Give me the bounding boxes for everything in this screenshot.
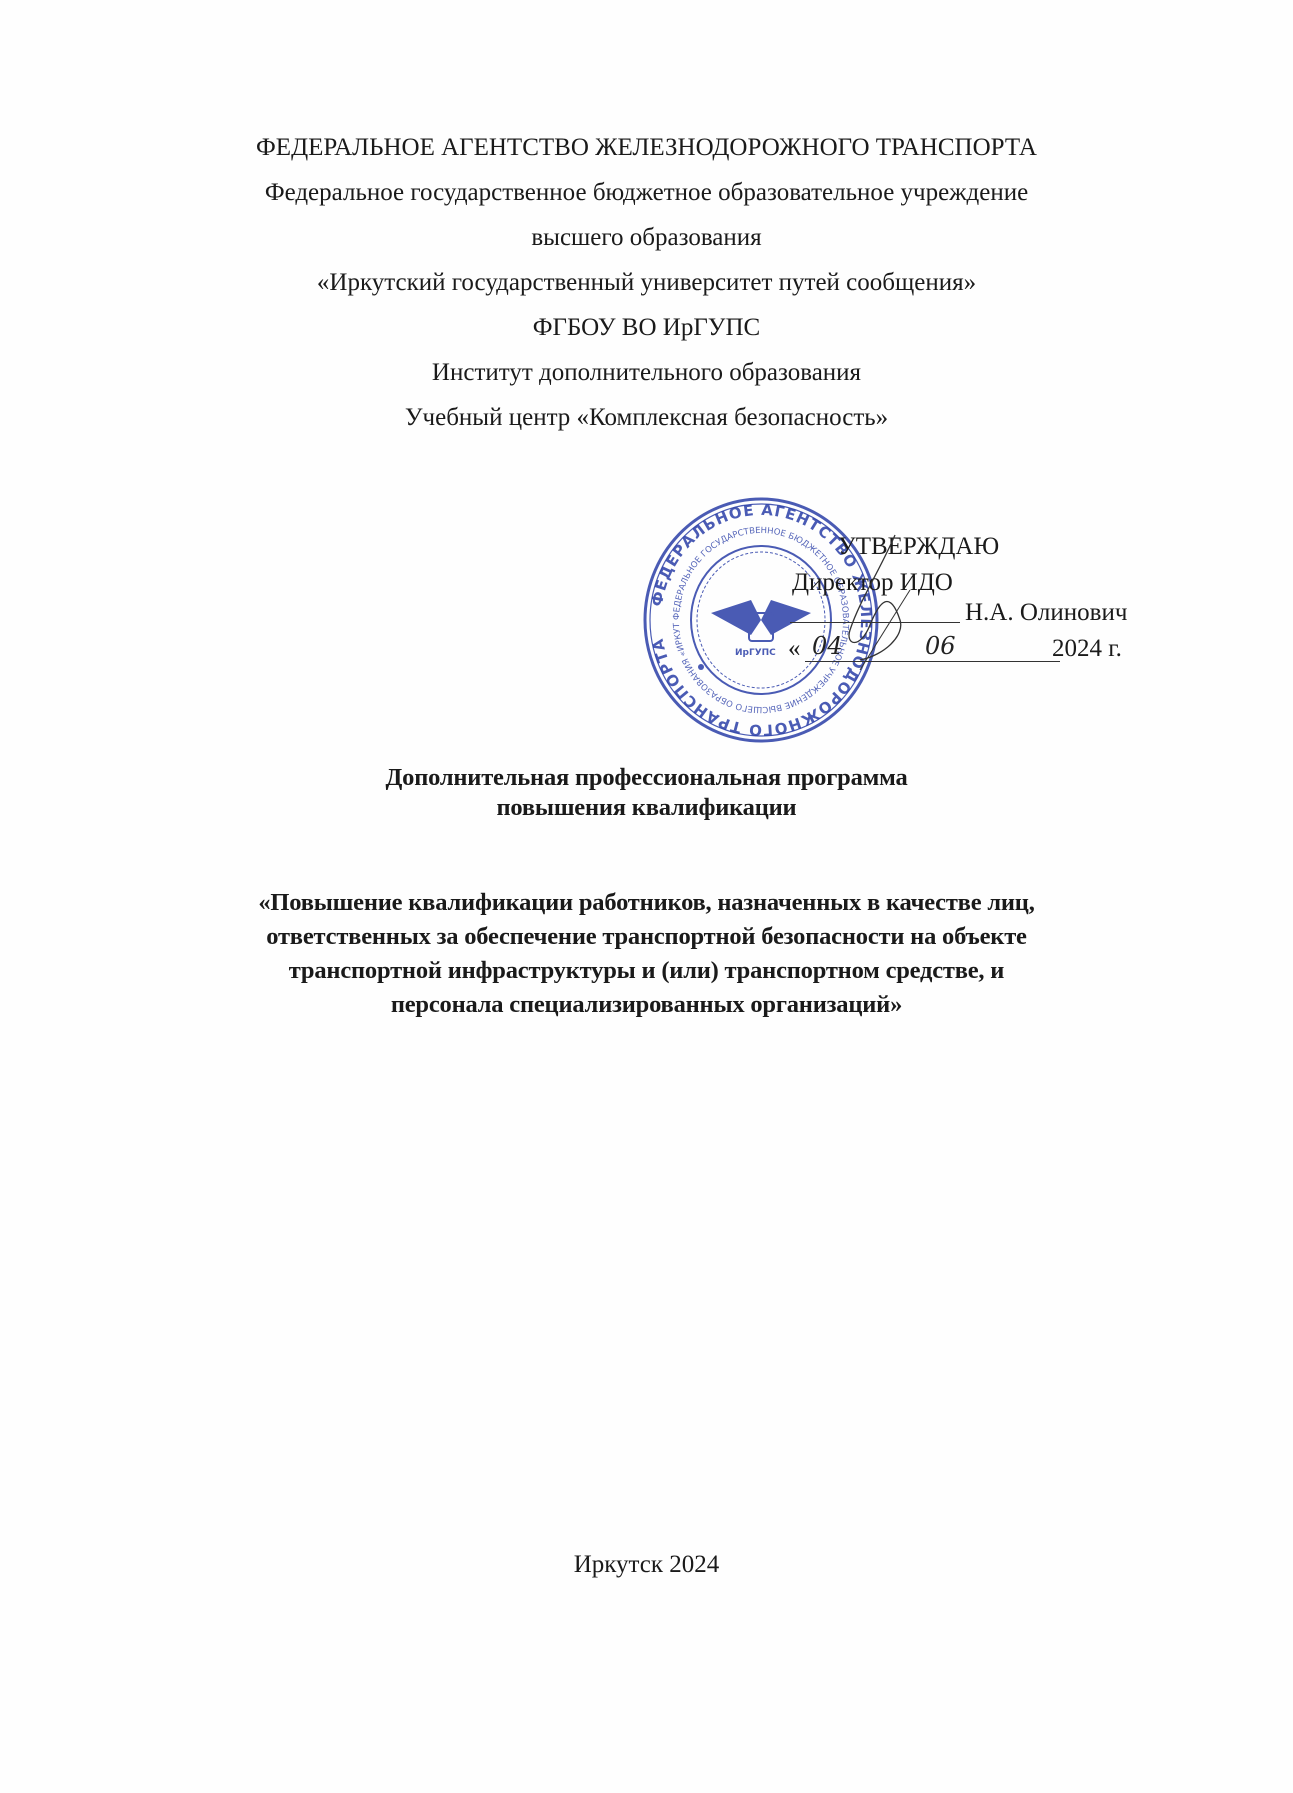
approver-name: Н.А. Олинович bbox=[965, 598, 1127, 628]
program-name-line-4: персонала специализированных организаций… bbox=[0, 990, 1293, 1020]
svg-text:ИрГУПС: ИрГУПС bbox=[735, 648, 776, 658]
institute-name: Институт дополнительного образования bbox=[0, 358, 1293, 388]
program-name-line-3: транспортной инфраструктуры и (или) тран… bbox=[0, 956, 1293, 986]
institution-level: высшего образования bbox=[0, 223, 1293, 253]
program-name-line-1: «Повышение квалификации работников, назн… bbox=[0, 888, 1293, 918]
university-name: «Иркутский государственный университет п… bbox=[0, 268, 1293, 298]
signature-scribble bbox=[800, 530, 920, 670]
document-page: ФЕДЕРАЛЬНОЕ АГЕНТСТВО ЖЕЛЕЗНОДОРОЖНОГО Т… bbox=[0, 0, 1293, 1793]
university-abbr: ФГБОУ ВО ИрГУПС bbox=[0, 313, 1293, 343]
program-name-line-2: ответственных за обеспечение транспортно… bbox=[0, 922, 1293, 952]
training-center-name: Учебный центр «Комплексная безопасность» bbox=[0, 403, 1293, 433]
program-type-line-1: Дополнительная профессиональная программ… bbox=[0, 763, 1293, 793]
agency-name: ФЕДЕРАЛЬНОЕ АГЕНТСТВО ЖЕЛЕЗНОДОРОЖНОГО Т… bbox=[0, 133, 1293, 163]
city-year: Иркутск 2024 bbox=[0, 1550, 1293, 1580]
date-open-quote: « bbox=[788, 634, 801, 664]
date-year: 2024 г. bbox=[1052, 634, 1122, 664]
institution-type: Федеральное государственное бюджетное об… bbox=[0, 178, 1293, 208]
program-type-line-2: повышения квалификации bbox=[0, 793, 1293, 823]
date-month: 06 bbox=[925, 632, 956, 660]
